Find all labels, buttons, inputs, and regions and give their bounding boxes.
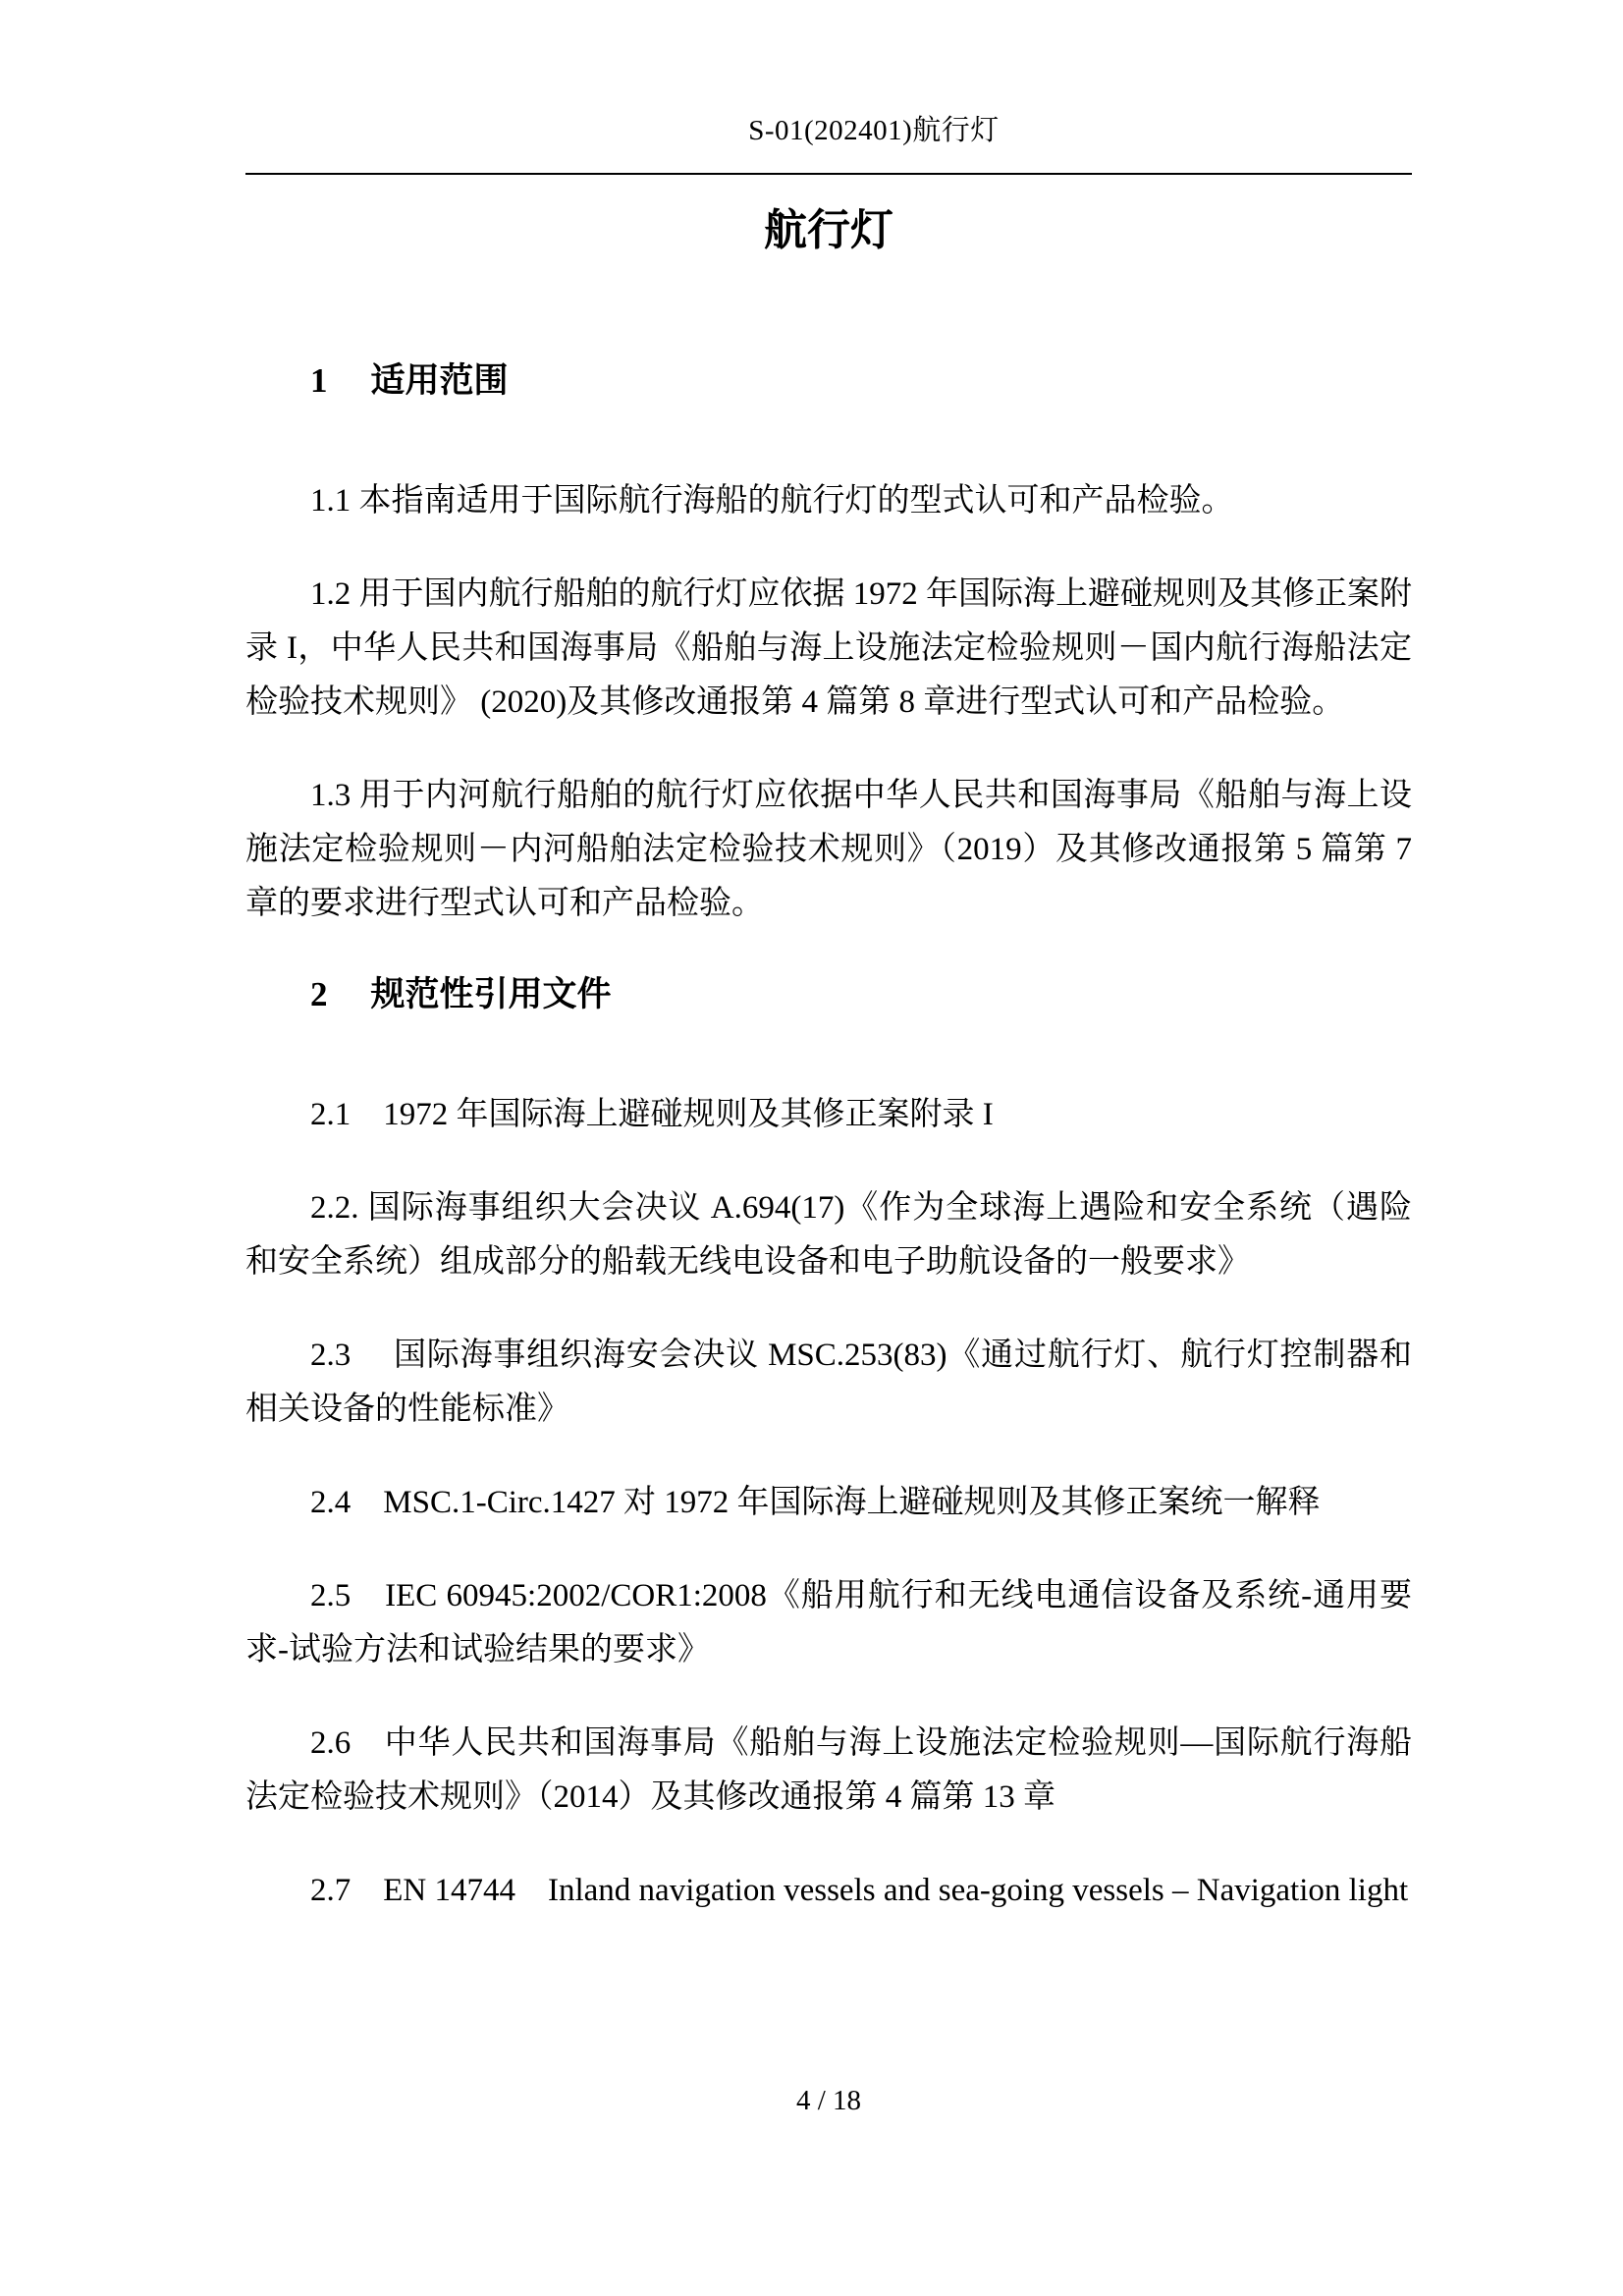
header-text: S-01(202401)航行灯: [748, 115, 1000, 146]
section-number: 2: [310, 975, 328, 1013]
section-number: 1: [310, 361, 328, 400]
paragraph-2-6: 2.6 中华人民共和国海事局《船舶与海上设施法定检验规则—国际航行海船法定检验技…: [245, 1717, 1412, 1825]
section-heading-1: 1适用范围: [245, 356, 1412, 406]
page-content: S-01(202401)航行灯 航行灯 1适用范围 1.1 本指南适用于国际航行…: [0, 0, 1623, 1918]
paragraph-1-3: 1.3 用于内河航行船舶的航行灯应依据中华人民共和国海事局《船舶与海上设施法定检…: [245, 769, 1412, 931]
document-page: S-01(202401)航行灯 航行灯 1适用范围 1.1 本指南适用于国际航行…: [0, 0, 1623, 2296]
page-number: 4 / 18: [796, 2085, 861, 2116]
section-heading-2: 2规范性引用文件: [245, 970, 1412, 1019]
paragraph-1-1: 1.1 本指南适用于国际航行海船的航行灯的型式认可和产品检验。: [245, 474, 1412, 528]
paragraph-2-1: 2.1 1972 年国际海上避碰规则及其修正案附录 I: [245, 1088, 1412, 1142]
document-title: 航行灯: [245, 200, 1412, 261]
paragraph-1-2: 1.2 用于国内航行船舶的航行灯应依据 1972 年国际海上避碰规则及其修正案附…: [245, 568, 1412, 730]
paragraph-2-2: 2.2. 国际海事组织大会决议 A.694(17)《作为全球海上遇险和安全系统（…: [245, 1181, 1412, 1289]
paragraph-2-5: 2.5 IEC 60945:2002/COR1:2008《船用航行和无线电通信设…: [245, 1569, 1412, 1677]
paragraph-2-4: 2.4 MSC.1-Circ.1427 对 1972 年国际海上避碰规则及其修正…: [245, 1476, 1412, 1530]
section-title: 适用范围: [371, 361, 509, 400]
paragraph-2-3: 2.3 国际海事组织海安会决议 MSC.253(83)《通过航行灯、航行灯控制器…: [245, 1329, 1412, 1437]
page-footer: 4 / 18: [245, 2080, 1412, 2121]
page-header: S-01(202401)航行灯: [245, 0, 1412, 149]
paragraph-2-7: 2.7 EN 14744 Inland navigation vessels a…: [245, 1864, 1412, 1918]
section-title: 规范性引用文件: [371, 975, 612, 1013]
header-rule: [245, 173, 1412, 175]
